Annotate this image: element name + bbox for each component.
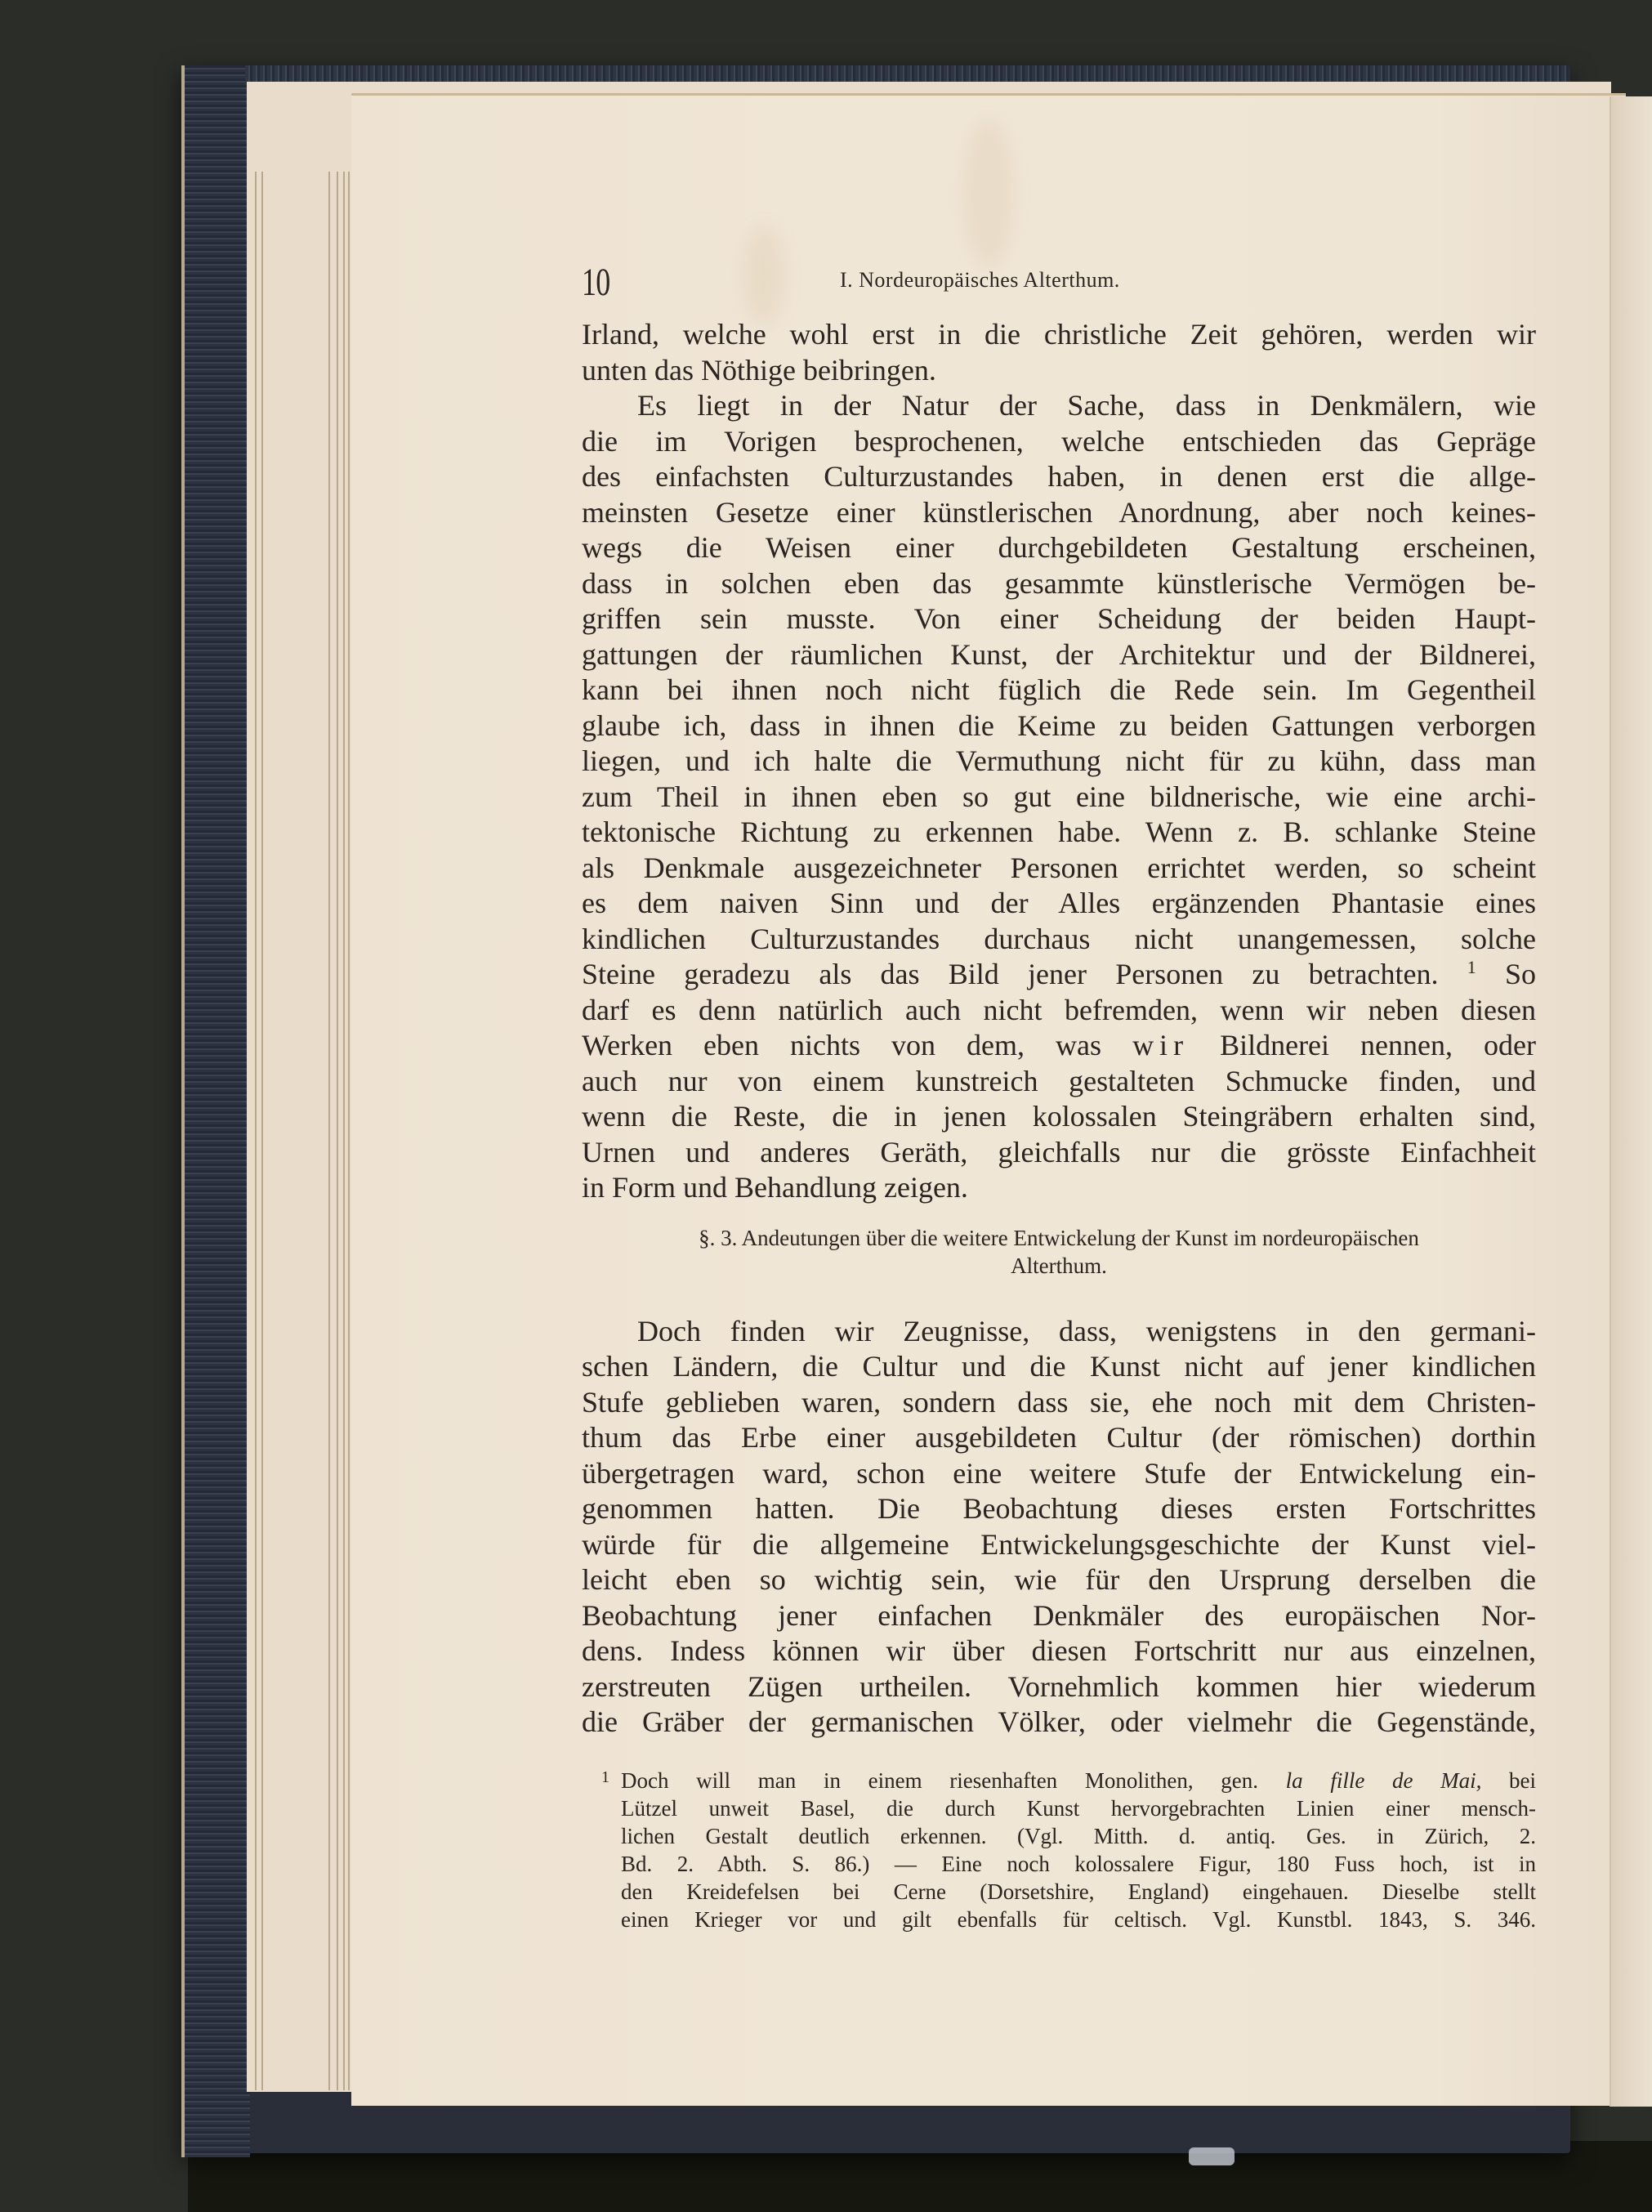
text-line: Beobachtung jener einfachen Denkmäler de… (582, 1598, 1536, 1634)
text-line: genommen hatten. Die Beobachtung dieses … (582, 1491, 1536, 1527)
text-line: wenn die Reste, die in jenen kolossalen … (582, 1099, 1536, 1135)
text-line: wegs die Weisen einer durchgebildeten Ge… (582, 530, 1536, 566)
page-edge-line (255, 172, 257, 2090)
text-line: Urnen und anderes Geräth, gleichfalls nu… (582, 1135, 1536, 1171)
page-edge-line (348, 172, 350, 2090)
text-line: des einfachsten Culturzustandes haben, i… (582, 459, 1536, 495)
text-line: thum das Erbe einer ausgebildeten Cultur… (582, 1420, 1536, 1456)
text-line: kann bei ihnen noch nicht füglich die Re… (582, 673, 1536, 708)
page-edge-line (343, 172, 345, 2090)
footnote-marker: 1 (601, 1763, 609, 1791)
text-line: übergetragen ward, schon eine weitere St… (582, 1456, 1536, 1492)
book-cover-edge (181, 65, 250, 2157)
text-line: als Denkmale ausgezeichneter Personen er… (582, 851, 1536, 887)
page-edge-line (261, 172, 263, 2090)
text-line: leicht eben so wichtig sein, wie für den… (582, 1562, 1536, 1598)
text-line: gattungen der räumlichen Kunst, der Arch… (582, 637, 1536, 673)
text-line: Doch finden wir Zeugnisse, dass, wenigst… (582, 1314, 1536, 1350)
footnote-line: lichen Gestalt deutlich erkennen. (Vgl. … (582, 1822, 1536, 1850)
italic-title: la fille de Mai, (1286, 1768, 1482, 1793)
text-line: würde für die allgemeine Entwickelungsge… (582, 1527, 1536, 1563)
text-line: Stufe geblieben waren, sondern dass sie,… (582, 1385, 1536, 1421)
section-heading-line: Alterthum. (582, 1252, 1536, 1280)
text-fragment: bei (1509, 1768, 1536, 1793)
text-line: tektonische Richtung zu erkennen habe. W… (582, 815, 1536, 851)
text-fragment: Steine geradezu als das Bild jener Perso… (582, 958, 1439, 990)
paragraph-2: Es liegt in der Natur der Sache, dass in… (582, 388, 1536, 1206)
text-line: Irland, welche wohl erst in die christli… (582, 317, 1536, 353)
page-edge-line (337, 172, 338, 2090)
text-line: kindlichen Culturzustandes durchaus nich… (582, 922, 1536, 958)
text-fragment: So (1505, 958, 1536, 990)
page-clip (1189, 2147, 1235, 2165)
page-text: 10 I. Nordeuropäisches Alterthum. Irland… (582, 260, 1536, 1933)
paper-stain (964, 120, 1013, 267)
running-head-title: I. Nordeuropäisches Alterthum. (840, 268, 1120, 293)
paragraph-3: Doch finden wir Zeugnisse, dass, wenigst… (582, 1314, 1536, 1741)
text-line: darf es denn natürlich auch nicht befrem… (582, 993, 1536, 1029)
page-number: 10 (582, 260, 610, 305)
text-line: auch nur von einem kunstreich gestaltete… (582, 1064, 1536, 1100)
text-fragment: Doch will man in einem riesenhaften Mono… (621, 1768, 1258, 1793)
footnotes: 1Doch will man in einem riesenhaften Mon… (582, 1767, 1536, 1933)
text-line: unten das Nöthige beibringen. (582, 353, 1536, 389)
footnote-reference[interactable]: 1 (1467, 957, 1476, 977)
section-heading: §. 3. Andeutungen über die weitere Entwi… (582, 1224, 1536, 1280)
text-line: in Form und Behandlung zeigen. (582, 1170, 1536, 1206)
footnote-line: Bd. 2. Abth. S. 86.) — Eine noch kolossa… (582, 1850, 1536, 1878)
next-page-edge (1610, 96, 1652, 2107)
text-line-with-emphasis: Werken eben nichts von dem, was wir Bild… (582, 1028, 1536, 1064)
text-line: schen Ländern, die Cultur und die Kunst … (582, 1349, 1536, 1385)
text-line: liegen, und ich halte die Vermuthung nic… (582, 744, 1536, 780)
text-line: glaube ich, dass in ihnen die Keime zu b… (582, 708, 1536, 744)
footnote-line: einen Krieger vor und gilt ebenfalls für… (582, 1906, 1536, 1933)
text-line: griffen sein musste. Von einer Scheidung… (582, 601, 1536, 637)
section-heading-line: §. 3. Andeutungen über die weitere Entwi… (582, 1224, 1536, 1252)
paragraph-1: Irland, welche wohl erst in die christli… (582, 317, 1536, 388)
text-fragment: Bildnerei nennen, oder (1220, 1029, 1536, 1061)
page-edge-line (328, 172, 330, 2090)
text-line: dass in solchen eben das gesammte künstl… (582, 566, 1536, 602)
footnote-line: 1Doch will man in einem riesenhaften Mon… (582, 1767, 1536, 1794)
text-fragment: Werken eben nichts von dem, was (582, 1029, 1101, 1061)
text-line: die Gräber der germanischen Völker, oder… (582, 1705, 1536, 1741)
text-line: Es liegt in der Natur der Sache, dass in… (582, 388, 1536, 424)
text-line: dens. Indess können wir über diesen Fort… (582, 1633, 1536, 1669)
footnote-line: Lützel unweit Basel, die durch Kunst her… (582, 1794, 1536, 1822)
text-line: es dem naiven Sinn und der Alles ergänze… (582, 886, 1536, 922)
text-line: die im Vorigen besprochenen, welche ents… (582, 424, 1536, 460)
text-line: zum Theil in ihnen eben so gut eine bild… (582, 780, 1536, 816)
text-line: zerstreuten Zügen urtheilen. Vornehmlich… (582, 1669, 1536, 1705)
text-line-with-footnote: Steine geradezu als das Bild jener Perso… (582, 957, 1536, 993)
text-line: meinsten Gesetze einer künstlerischen An… (582, 495, 1536, 531)
running-head: 10 I. Nordeuropäisches Alterthum. (582, 260, 1536, 317)
footnote-line: den Kreidefelsen bei Cerne (Dorsetshire,… (582, 1878, 1536, 1906)
emphasized-word: wir (1132, 1029, 1189, 1061)
